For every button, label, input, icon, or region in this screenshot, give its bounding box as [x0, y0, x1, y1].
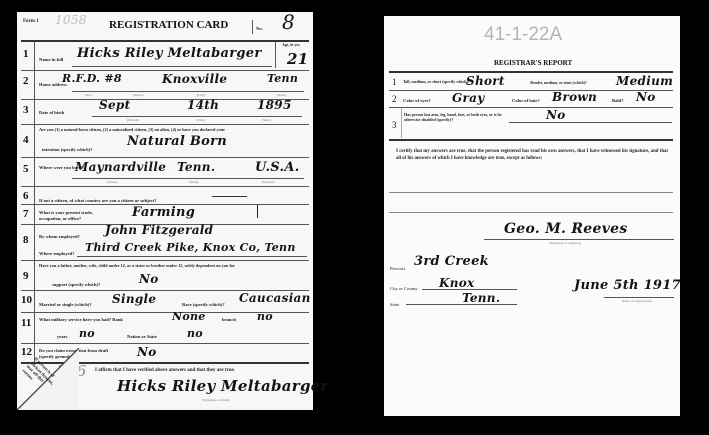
dob-year: 1895	[257, 98, 292, 112]
bald-value: No	[636, 90, 656, 104]
row-number: 1	[392, 77, 397, 87]
branch-value: no	[257, 310, 273, 323]
row-number: 11	[21, 317, 31, 329]
card-number: 8	[282, 10, 295, 34]
employer-label: By whom employed?	[39, 234, 80, 239]
dob-day: 14th	[187, 98, 219, 112]
marital-label: Married or single (which)?	[39, 302, 92, 307]
occupation-value: Farming	[132, 205, 195, 220]
dependents-value: No	[139, 272, 159, 286]
no-label: No.	[256, 26, 263, 31]
header-code: 41-1-22A	[484, 24, 562, 46]
registration-card: Form 1 1058 REGISTRATION CARD No. 8 1 Na…	[17, 12, 313, 410]
dependents-question: Have you a father, mother, wife, child u…	[39, 263, 235, 268]
height-value: Short	[466, 74, 505, 88]
dob-label: Date of birth	[39, 110, 64, 115]
registrars-report-card: 41-1-22A REGISTRAR'S REPORT 1 Tall, medi…	[384, 16, 680, 416]
sublabel: (Nation)	[262, 180, 274, 184]
address-state: Tenn	[267, 72, 298, 85]
row-number: 3	[23, 104, 29, 116]
sublabel: (Year)	[262, 118, 271, 122]
military-rank-value: None	[172, 310, 206, 323]
row-number: 9	[23, 270, 29, 282]
registrar-sublabel: (Signature of registrar)	[549, 241, 581, 245]
sublabel: (State)	[277, 93, 286, 97]
age-label: Age, in yrs.	[282, 43, 300, 47]
citizenship-value: Natural Born	[127, 134, 227, 149]
sublabel: (State)	[189, 180, 198, 184]
race-value: Caucasian	[239, 291, 311, 305]
row-number: 5	[23, 163, 29, 175]
exemption-value: No	[137, 345, 157, 359]
nation-value: no	[187, 327, 203, 340]
state-value: Tenn.	[462, 291, 500, 305]
form-label: Form 1	[23, 19, 39, 24]
citizenship-label: intention (specify which)?	[42, 147, 93, 152]
row-number: 1	[23, 48, 29, 60]
registrar-signature: Geo. M. Reeves	[504, 221, 628, 237]
employment-place-label: Where employed?	[39, 251, 75, 256]
nation-label: Nation or State	[127, 334, 157, 339]
precinct-label: Precinct	[390, 266, 405, 271]
name-label: Name in full	[39, 57, 63, 62]
sublabel: (Month)	[127, 118, 139, 122]
row-number: 6	[23, 190, 29, 202]
disability-value: No	[546, 108, 566, 122]
citizen-of-label: If not a citizen, of what country are yo…	[39, 198, 157, 203]
affirmation-text: I affirm that I have verified above answ…	[95, 368, 235, 373]
occupation-label: What is your present trade, occupation, …	[39, 210, 94, 221]
card-title: REGISTRATION CARD	[109, 19, 228, 31]
row-number: 2	[23, 75, 29, 87]
age-value: 21	[287, 50, 308, 68]
hair-color-value: Brown	[552, 90, 597, 104]
years-value: no	[79, 327, 95, 340]
row-number: 4	[23, 134, 29, 146]
full-name-value: Hicks Riley Meltabarger	[77, 46, 262, 61]
sublabel: (Town)	[107, 180, 117, 184]
employer-value: John Fitzgerald	[105, 223, 213, 237]
city-county-value: Knox	[439, 276, 475, 290]
row-number: 7	[23, 208, 29, 220]
signature-sublabel: (Signature or mark)	[202, 398, 230, 402]
military-rank-label: What military service have you had? Rank	[39, 317, 123, 322]
citizenship-question: Are you (1) a natural-born citizen, (2) …	[39, 127, 225, 132]
address-city: Knoxville	[162, 72, 227, 86]
branch-label: branch	[222, 317, 236, 322]
eye-color-label: Color of eyes?	[403, 98, 431, 103]
registration-date: June 5th 1917	[574, 278, 681, 293]
sublabel: (No.)	[85, 93, 92, 97]
state-label: State	[390, 302, 399, 307]
employment-place-value: Third Creek Pike, Knox Co, Tenn	[85, 241, 296, 254]
sublabel: (City)	[197, 93, 205, 97]
row-number: 8	[23, 234, 29, 246]
build-value: Medium	[616, 74, 673, 88]
report-title: REGISTRAR'S REPORT	[494, 59, 572, 67]
years-label: years	[57, 334, 67, 339]
certification-text: I certify that my answers are true, that…	[396, 148, 668, 162]
disability-label: Has person lost arm, leg, hand, foot, or…	[404, 112, 509, 122]
race-label: Race (specify which)?	[182, 302, 225, 307]
birthplace-nation: U.S.A.	[255, 160, 300, 175]
serial-pencil: 1058	[55, 13, 87, 27]
bald-label: Bald?	[612, 98, 624, 103]
row-number: 10	[21, 294, 32, 306]
row-number: 3	[392, 120, 397, 130]
eye-color-value: Gray	[452, 91, 485, 105]
marital-value: Single	[112, 292, 156, 306]
date-sublabel: (Date of registration)	[622, 299, 652, 303]
precinct-value: 3rd Creek	[414, 254, 489, 269]
dependents-label: support (specify which)?	[52, 282, 100, 287]
address-number: R.F.D. #8	[62, 72, 122, 85]
birthplace-town: Maynardville	[75, 160, 166, 174]
sublabel: (Street)	[133, 93, 144, 97]
dob-month: Sept	[99, 98, 130, 112]
build-label: Slender, medium, or stout (which)?	[530, 81, 587, 85]
city-county-label: City or County	[390, 286, 418, 291]
row-number: 2	[392, 94, 397, 104]
birthplace-state: Tenn.	[177, 160, 215, 174]
registrant-signature: Hicks Riley Meltabarger	[117, 377, 329, 395]
sublabel: (Day)	[197, 118, 205, 122]
hair-color-label: Color of hair?	[512, 98, 540, 103]
height-label: Tall, medium, or short (specify which)?	[403, 79, 470, 84]
